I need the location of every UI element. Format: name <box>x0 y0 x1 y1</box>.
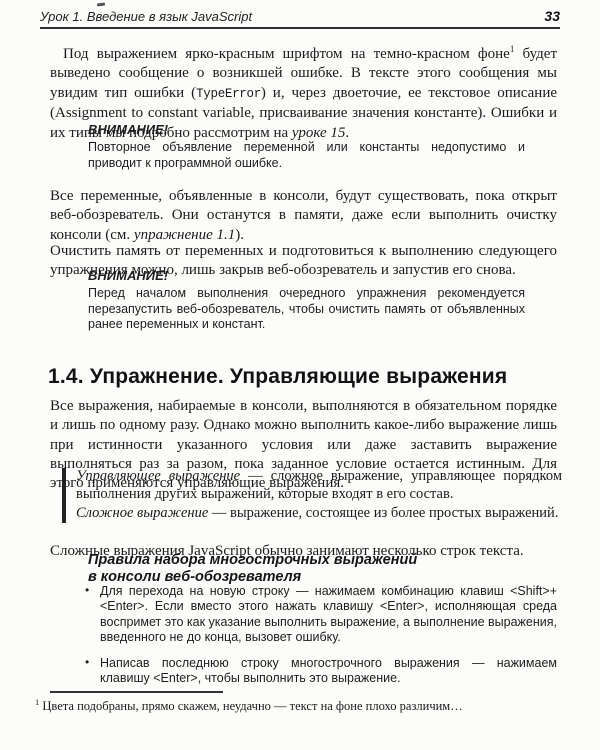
bullet-text: Написав последнюю строку многострочного … <box>100 656 557 685</box>
definition-complex-expression: Сложное выражение — выражение, состоящее… <box>76 505 562 523</box>
definition-block: Управляющее выражение — сложное выражени… <box>62 468 562 523</box>
footnote-text: Цвета подобраны, прямо скажем, неудачно … <box>39 699 462 713</box>
list-item: • Для перехода на новую строку — нажимае… <box>83 584 557 645</box>
cross-reference-exercise-1-1: упражнение 1.1 <box>134 227 235 243</box>
rules-heading: Правила набора многострочных выражений в… <box>88 552 528 586</box>
paragraph-text: Под выражением ярко-красным шрифтом на т… <box>63 46 510 62</box>
scan-artifact-mark <box>97 2 105 6</box>
running-header-title: Урок 1. Введение в язык JavaScript <box>40 9 252 24</box>
definition-term: Управляющее выражение <box>76 468 240 484</box>
paragraph-text: ). <box>235 227 244 243</box>
bullet-icon: • <box>85 655 89 670</box>
footnote-divider <box>50 691 223 693</box>
attention-block: ВНИМАНИЕ! Повторное объявление переменно… <box>88 122 525 171</box>
section-heading-1-4: 1.4. Упражнение. Управляющие выражения <box>48 365 568 389</box>
bullet-text: Для перехода на новую строку — нажимаем … <box>100 584 557 644</box>
definition-term: Сложное выражение <box>76 505 208 521</box>
attention-block: ВНИМАНИЕ! Перед началом выполнения очере… <box>88 268 525 332</box>
attention-text: Повторное объявление переменной или конс… <box>88 140 525 171</box>
footnote: 1 Цвета подобраны, прямо скажем, неудачн… <box>35 699 557 714</box>
attention-title: ВНИМАНИЕ! <box>88 268 525 283</box>
list-item: • Написав последнюю строку многострочног… <box>83 656 557 687</box>
running-header: Урок 1. Введение в язык JavaScript 33 <box>40 8 560 29</box>
bullet-icon: • <box>85 583 89 598</box>
definition-control-expression: Управляющее выражение — сложное выражени… <box>76 468 562 503</box>
rules-bullet-list: • Для перехода на новую строку — нажимае… <box>83 584 557 687</box>
definition-text: — выражение, состоящее из более простых … <box>208 505 558 521</box>
attention-title: ВНИМАНИЕ! <box>88 122 525 137</box>
inline-code-typeerror: TypeError <box>196 87 261 101</box>
page-number: 33 <box>544 8 560 24</box>
rules-heading-line: Правила набора многострочных выражений <box>88 552 528 569</box>
paragraph-text: Все переменные, объявленные в консоли, б… <box>50 188 557 243</box>
book-page: Урок 1. Введение в язык JavaScript 33 По… <box>0 0 600 750</box>
paragraph-variables-persist: Все переменные, объявленные в консоли, б… <box>50 187 557 245</box>
attention-text: Перед началом выполнения очередного упра… <box>88 286 525 332</box>
